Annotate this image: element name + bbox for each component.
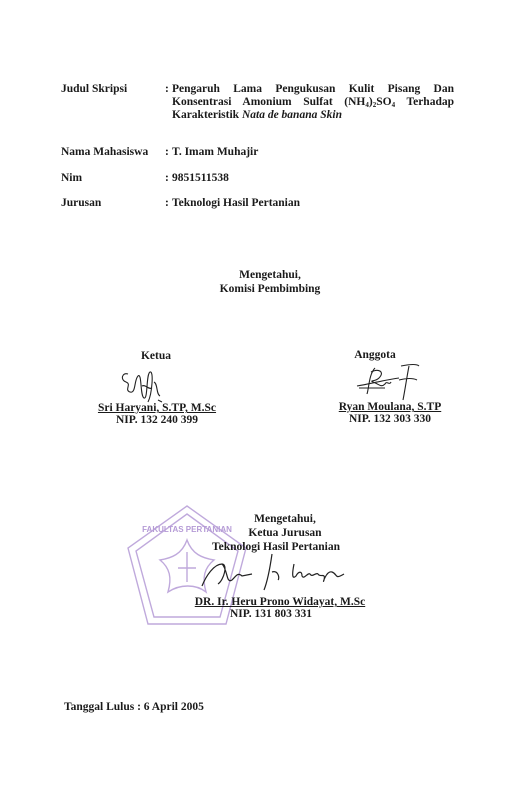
field-value: T. Imam Muhajir xyxy=(172,146,454,159)
thesis-title-value: Pengaruh Lama Pengukusan Kulit Pisang Da… xyxy=(172,83,454,122)
member-nip: NIP. 132 303 330 xyxy=(310,413,470,425)
chair-role: Ketua xyxy=(62,350,250,362)
approval-heading-line1: Mengetahui, xyxy=(190,268,350,282)
chair-signature-icon xyxy=(118,366,168,410)
chair-nip: NIP. 132 240 399 xyxy=(64,414,250,426)
field-value: 9851511538 xyxy=(172,172,454,185)
department-head-nip: NIP. 131 803 331 xyxy=(142,608,400,620)
member-role: Anggota xyxy=(280,349,470,361)
field-value: Teknologi Hasil Pertanian xyxy=(172,197,454,210)
department-head-block: DR. Ir. Heru Prono Widayat, M.Sc NIP. 13… xyxy=(160,596,400,620)
department-head-name: DR. Ir. Heru Prono Widayat, M.Sc xyxy=(160,596,400,608)
department-heading-line1: Mengetahui, xyxy=(190,512,380,526)
field-label: Jurusan xyxy=(61,197,165,210)
approval-heading: Mengetahui, Komisi Pembimbing xyxy=(190,268,350,296)
field-label: Judul Skripsi xyxy=(61,83,165,96)
department-head-signature-icon xyxy=(198,550,358,594)
field-label: Nim xyxy=(61,172,165,185)
document-page: Judul Skripsi : Pengaruh Lama Pengukusan… xyxy=(0,0,527,805)
field-label: Nama Mahasiswa xyxy=(61,146,165,159)
title-line-2: Konsentrasi Amonium Sulfat (NH4)2SO4 Ter… xyxy=(172,96,454,109)
department-heading: Mengetahui, Ketua Jurusan Teknologi Hasi… xyxy=(190,512,380,554)
approval-heading-line2: Komisi Pembimbing xyxy=(190,282,350,296)
title-line-1: Pengaruh Lama Pengukusan Kulit Pisang Da… xyxy=(172,83,454,96)
field-separator: : xyxy=(165,197,169,210)
field-separator: : xyxy=(165,172,169,185)
graduation-date: Tanggal Lulus : 6 April 2005 xyxy=(64,701,204,713)
field-separator: : xyxy=(165,146,169,159)
title-line-3: Karakteristik Nata de banana Skin xyxy=(172,109,454,122)
field-separator: : xyxy=(165,83,169,96)
member-signature-icon xyxy=(355,362,425,406)
department-heading-line2: Ketua Jurusan xyxy=(190,526,380,540)
